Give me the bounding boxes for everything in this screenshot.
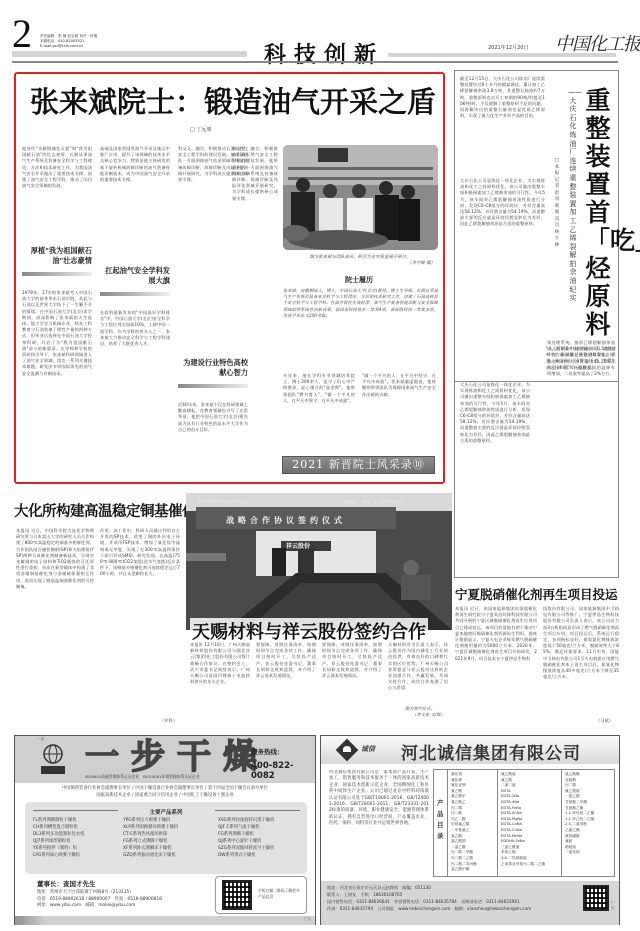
honors-line: 国家高新技术企业 / 国家重合同守信用企业 / 中国化工干燥设备十强企业 xyxy=(19,793,311,800)
catalyst-text-1: 本报讯 近日，中国科学院大连化学物理研究所与日本富山大学的研究人员合作构建了80… xyxy=(16,528,94,728)
hotline-number[interactable]: 400-822-0082 xyxy=(251,761,315,781)
feature-column-3b: 科交叉、融合，积极推动石油天然气安全工程学科的建设发展。他带领团队一方面围绕油气… xyxy=(232,146,278,312)
iso-certifications: ISO9001质量管理体系认证企业 ISO14001环境管理体系认证企业 xyxy=(85,774,200,780)
tianci-text-2: 要保障，对照任务清单，按照时间节点完成各项工作，确保项目按时开工，尽快投产达产。… xyxy=(256,642,316,728)
web-line[interactable]: 网址：www.yibu.com 邮箱：mokei@yibu.com xyxy=(37,903,162,910)
contact-line: 联系人：王朋友 手机：18630108765 xyxy=(327,891,531,898)
catalyst-headline[interactable]: 大化所构建高温稳定铜基催化剂 xyxy=(14,500,210,521)
tianci-text-1: 本报讯 12月10日，广州天赐高新材料股份有限公司与湖北祥云(集团)化工股份有限… xyxy=(190,642,250,728)
article-text: 高端及国家管网等油气开采及集运中推广应用，提升了该领域的技术水平及核心竞争力。特… xyxy=(100,146,170,256)
subhead-1: 厚植"我为祖国献石油"壮志豪情 xyxy=(22,246,92,276)
catalyst-source: （许科） xyxy=(160,718,180,724)
feature-column-1: 他身怀"头雁铸魂先天就"和"我为祖国献石油"的壮志豪情，长期从事油气生产系统及装… xyxy=(22,146,92,508)
refinery-subheadline: ——大庆石化炼油厂连续重整装置加工乙烯裂解拍余油纪实 xyxy=(568,88,578,303)
yibu-advertisement[interactable]: 一步 一步干燥 ISO9001质量管理体系认证企业 ISO14001环境管理体系… xyxy=(14,735,316,925)
feature-column-2: 高端及国家管网等油气开采及集运中推广应用，提升了该领域的技术水平及核心竞争力。特… xyxy=(100,146,170,496)
photo-credit: （李守峰 摄） xyxy=(285,261,435,267)
refinery-text-1: 截至12月15日，大庆石化公司炼油厂连续重整装置经过6个多月的摸索调试，累计加工… xyxy=(460,76,545,176)
feature-photo-caption: 图为张来斌与团队成员、研究生在实验室展开研讨。 （李守峰 摄） xyxy=(285,255,435,267)
article-text: 他身怀"头雁铸魂先天就"和"我为祖国献石油"的壮志豪情，长期从事油气生产系统及装… xyxy=(22,146,92,238)
catalog-label: 产品目录 xyxy=(437,798,445,842)
ningxia-source: （马斌） xyxy=(596,718,620,724)
header-bar-left xyxy=(12,51,247,57)
page-number: 2 xyxy=(12,14,32,54)
product-item: FG系列沸腾干燥机 xyxy=(218,832,308,839)
header-divider xyxy=(12,61,618,63)
product-item: XSG系列快速旋转闪蒸干燥机 xyxy=(218,818,308,825)
subhead-text: 扛起油气安全学科发展大旗 xyxy=(100,266,170,291)
logo-heart-icon xyxy=(343,746,351,752)
subhead-bar xyxy=(100,292,170,296)
feature-column-5: "做一个平凡的人，在平凡中坚守，在平凡中成就"。张来斌谦虚地说，他将继续带领团队… xyxy=(362,373,436,445)
signing-photo-icon xyxy=(186,493,452,630)
title-rule-left xyxy=(33,810,118,811)
banner-company-left: 广州天赐高新材料股份有限公司 xyxy=(194,499,247,505)
bio-title: 院士履历 xyxy=(345,275,373,285)
address-line: 地址：河北省石家庄市元氏县元赵路南 邮编：051130 xyxy=(327,884,531,891)
product-item: DL3系列多功能制粒包衣机 xyxy=(33,832,123,839)
hotline-label: 服务热线： xyxy=(251,747,284,756)
product-item: SZG系列双锥回转真空干燥机 xyxy=(218,846,308,853)
ad-footer-band xyxy=(15,916,315,925)
honors-block: 中国制药装备行业协会副理事长单位 / 中国干燥设备行业协会副理事长单位 / 第十… xyxy=(19,786,311,799)
product-grid: FL系列沸腾制粒干燥机 YPG系列压力喷雾干燥机 XSG系列快速旋转闪蒸干燥机 … xyxy=(33,818,303,860)
globe-logo-icon xyxy=(35,740,71,776)
contact-block: 地址：常州市天宁区郑陆镇宁河路8号（213115） 电话：0519-889026… xyxy=(37,890,162,910)
photo-credit: （李文泰 文/图） xyxy=(395,712,445,718)
bio-text: 张来斌，安徽桐城人，博士，中国石油大学(北京)教授，博士生导师。长期从事油气生产… xyxy=(283,288,438,358)
article-text: 科交叉、融合，积极推动石油天然气安全工程学科的建设发展。他带领团队一方面围绕油气… xyxy=(232,146,278,312)
catalog-column-1: 氰化钠氰化钾氰化亚铜氰乙酸氰乙酸甲氰乙酸乙丙二腈丙二酸丙乙二酯甲基氰乙酸二甲基氰… xyxy=(448,770,498,876)
contact-block: 地址：河北省石家庄市元氏县元赵路南 邮编：051130 联系人：王朋友 手机：1… xyxy=(327,884,531,912)
refinery-byline: □ 本报记者 赵凤莉 通讯员 杨小林 xyxy=(553,158,561,249)
photo-banner-title: 战略合作协议签约仪式 xyxy=(226,515,346,526)
product-item: CT-C系列热风循环烘箱 xyxy=(123,832,218,839)
qr-panel: 手机扫描二维码了解更多产品信息 xyxy=(215,876,307,914)
tianci-text-4: 天赐材料有关负责人表示，祥云股份作为国内磷化工行业的佼佼者，有着良好的口碑和扎实… xyxy=(388,642,448,702)
email-line: E-mail:gcr@ccin.com.cn xyxy=(40,44,97,49)
fax-web-line[interactable]: 传真：0311-84635794 公司网址：www.hebeichengxin.… xyxy=(327,905,531,912)
product-item: QJ7系列球形制粒机 xyxy=(33,839,123,846)
catalog-column-3: 氯乙酸酯亚胺酸丙二腈氰乙酰胺一氯乙酸甘氨酸二甲酯甘氨酸乙酯1,1-环丙基二乙酯1… xyxy=(562,770,614,876)
product-item: FG系列立式沸腾干燥机 xyxy=(123,839,218,846)
chairman-line: 董事长：查国才先生 xyxy=(37,879,96,888)
product-catalog: 产品目录 氰化钠氰化钾氰化亚铜氰乙酸氰乙酸甲氰乙酸乙丙二腈丙二酸丙乙二酯甲基氰乙… xyxy=(433,769,615,877)
tianci-headline[interactable]: 天赐材料与祥云股份签约合作 xyxy=(190,618,428,644)
subhead-bar xyxy=(22,272,92,276)
section-title: 科技创新 xyxy=(264,38,384,69)
feature-byline: □ 丁远朋 xyxy=(190,126,211,133)
ad-headline: 一步干燥 xyxy=(85,738,269,776)
qr-code-icon[interactable] xyxy=(222,880,252,910)
product-list-panel: 主要产品系列 FL系列沸腾制粒干燥机 YPG系列压力喷雾干燥机 XSG系列快速旋… xyxy=(25,802,307,874)
subhead-bar xyxy=(178,384,248,388)
lab-group-photo-icon xyxy=(283,145,438,250)
article-text: 1978年，17岁的张来斌考入中国石油大学的前身华东石油学院，从此与石油以及世界… xyxy=(22,290,92,508)
photo-banner-companies: 广州天赐高新材料股份有限公司 湖北祥云（集团）化工股份有限公司 xyxy=(194,499,404,505)
newspaper-logo: 中国化工报 xyxy=(555,30,640,56)
photo-logo-text: 祥云股份 xyxy=(286,541,310,550)
ningxia-headline[interactable]: 宁夏脱硝催化剂再生项目投运 xyxy=(455,585,618,603)
catalog-column-2: 氰乙酰胺氰乙酸二氰二胺EDTAEDTA-2NaEDTA-4NaEDTA-FeNa… xyxy=(498,770,562,876)
subhead-2: 扛起油气安全学科发展大旗 xyxy=(100,266,170,296)
product-item: GZQ系列振动流化床干燥机 xyxy=(123,853,218,860)
yibu-logo xyxy=(35,740,71,776)
honors-line: 中国制药装备行业协会副理事长单位 / 中国干燥设备行业协会副理事长单位 / 第十… xyxy=(19,786,311,793)
product-item: LPG系列离心喷雾干燥机 xyxy=(33,853,123,860)
ningxia-text-2: 技股份有限公司、国家能源集团中卫热电有限公司等推广。宁夏伊品生物科技股份有限公司… xyxy=(543,606,619,714)
feature-photo[interactable] xyxy=(283,145,438,250)
product-item: FL系列沸腾制粒干燥机 xyxy=(33,818,123,825)
signing-ceremony-photo[interactable]: 广州天赐高新材料股份有限公司 湖北祥云（集团）化工股份有限公司 战略合作协议签约… xyxy=(186,493,452,630)
series-banner: 2021 新晋院士风采录⑩ xyxy=(282,456,435,474)
brand-mark: 一步 xyxy=(37,737,44,742)
qr-code-icon[interactable] xyxy=(583,885,609,911)
tianci-caption: 图为签约仪式。 （李文泰 文/图） xyxy=(395,706,445,718)
ad-tag: 广告 xyxy=(304,917,311,922)
ningxia-text-1: 本报讯 近日，由国家能源集团东领超催化剂再生研究院与宁夏英昌环保科技有限公司共同… xyxy=(455,606,537,724)
article-text: 近40年来，张来斌不仅在科研领域上勤奋耕耘，在教育领域也书写了光彩华章。他把中国… xyxy=(178,402,248,502)
product-item: CH系列槽型混合制粒机 xyxy=(33,825,123,832)
product-item: DW系列带式干燥机 xyxy=(218,853,308,860)
logo-text: 诚信 xyxy=(361,744,375,754)
ad-tag: 广告 xyxy=(611,901,617,910)
tianci-text-3: 要保障，对照任务清单，按照时间节点完成各项工作，确保项目按时开工，尽快投产达产。… xyxy=(322,642,382,728)
catalog-label-cell: 产品目录 xyxy=(434,770,448,876)
refinery-headline[interactable]: 重整装置首「吃」烃原料 xyxy=(585,88,611,340)
subhead-text: 为建设行业特色高校献心智力 xyxy=(178,358,248,383)
feature-column-4: 多年来，他在学科专业领域培养院士、博士200余人，是学子们心中严格要求、虚心指点… xyxy=(283,373,355,445)
product-item: QJ系列中心旋针干燥机 xyxy=(218,839,308,846)
ad-footer-band: 地址：河北省石家庄市元氏县元赵路南 邮编：051130 联系人：王朋友 手机：1… xyxy=(321,881,619,925)
refinery-box-bottom xyxy=(454,382,619,578)
refinery-text-2: 大庆石化公司是炼化一体化企业。为实现炼油和化工之间原料优化，该公司做出重整车间积… xyxy=(460,178,545,378)
product-item: QJF C系列气流干燥机 xyxy=(218,825,308,832)
title-rule-right xyxy=(215,810,300,811)
product-item: XLP系列闭路循环喷雾干燥机 xyxy=(123,825,218,832)
editor-info: 责任编辑：张 薇 赵宝树 刘丹 · 伊瑞 本版电话：010-82005521 E… xyxy=(40,34,97,49)
catalyst-text-2: 作用。该工作中，科研人员通过利用自主开发的SP技术，改变了铜的外层电子环境，并采… xyxy=(100,528,180,718)
issue-date: 2021年12月20日 xyxy=(488,44,528,51)
subhead-text: 厚植"我为祖国献石油"壮志豪情 xyxy=(22,246,92,271)
company-name: 河北诚信集团有限公司 xyxy=(401,739,581,764)
chengxin-advertisement[interactable]: 诚信 河北诚信集团有限公司 河北诚信集团有限公司是一家集新产品开发、生产加工、销… xyxy=(320,735,620,925)
feature-headline[interactable]: 张来斌院士：锻造油气开采之盾 xyxy=(28,80,438,121)
product-item: YPG系列压力喷雾干燥机 xyxy=(123,818,218,825)
company-intro: 河北诚信集团有限公司是一家集新产品开发、生产加工、销售服务和技术服务于一体的国家… xyxy=(329,770,429,870)
subhead-3: 为建设行业特色高校献心智力 xyxy=(178,358,248,388)
article-text: 在软科最新发布的"中国最好学科排名"中，中国石油大学(北京)安全科学与工程位列全… xyxy=(100,310,170,496)
product-item: YS系列搅拌（制料）机 xyxy=(33,846,123,853)
phones-line: 国内销售电话：0311-84626641 外贸销售电话：0311-8463578… xyxy=(327,898,531,905)
qr-caption: 手机扫描二维码了解更多产品信息 xyxy=(258,888,302,899)
banner-company-right: 湖北祥云（集团）化工股份有限公司 xyxy=(343,499,404,505)
product-item: XF系列卧式沸腾床干燥机 xyxy=(123,846,218,853)
